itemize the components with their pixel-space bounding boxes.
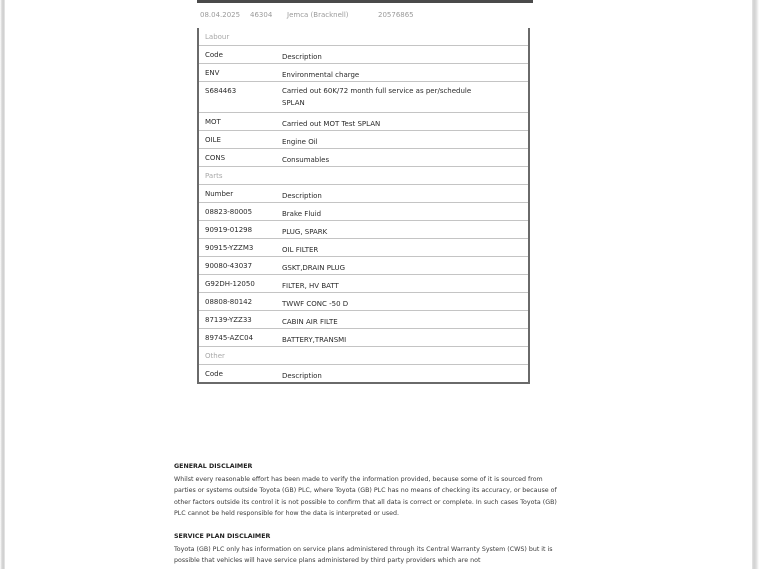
- table-row: 08808-80142 TWWF CONC -50 D: [199, 293, 528, 311]
- table-row: G92DH-12050 FILTER, HV BATT: [199, 275, 528, 293]
- service-plan-disclaimer-title: SERVICE PLAN DISCLAIMER: [174, 531, 559, 543]
- general-disclaimer-text: Whilst every reasonable effort has been …: [174, 474, 559, 520]
- page-frame-left: [0, 0, 5, 569]
- section-label: Labour: [205, 33, 229, 41]
- part-number: 89745-AZC04: [205, 334, 253, 342]
- service-plan-disclaimer-text: Toyota (GB) PLC only has information on …: [174, 544, 559, 567]
- column-header: Description: [282, 370, 322, 382]
- part-description: FILTER, HV BATT: [282, 280, 339, 292]
- service-plan-disclaimer: SERVICE PLAN DISCLAIMER Toyota (GB) PLC …: [174, 531, 559, 567]
- column-header: Description: [282, 190, 322, 202]
- service-dealer: Jemca (Bracknell): [287, 11, 349, 19]
- service-reference: 20576865: [378, 11, 414, 19]
- table-row: 08823-80005 Brake Fluid: [199, 203, 528, 221]
- service-details-table: Labour Code Description ENV Environmenta…: [197, 28, 530, 384]
- table-row: CONS Consumables: [199, 149, 528, 167]
- part-number: 08808-80142: [205, 298, 252, 306]
- parts-column-header: Number Description: [199, 185, 528, 203]
- part-description: OIL FILTER: [282, 244, 318, 256]
- labour-code: ENV: [205, 69, 219, 77]
- table-row: MOT Carried out MOT Test SPLAN: [199, 113, 528, 131]
- parts-section-header: Parts: [199, 167, 528, 185]
- previous-table-bottom-border: [197, 0, 533, 3]
- table-row: 90919-01298 PLUG, SPARK: [199, 221, 528, 239]
- table-row: OILE Engine Oil: [199, 131, 528, 149]
- part-number: 90919-01298: [205, 226, 252, 234]
- part-description: TWWF CONC -50 D: [282, 298, 348, 310]
- part-description: Brake Fluid: [282, 208, 321, 220]
- other-section-header: Other: [199, 347, 528, 365]
- column-header: Description: [282, 51, 322, 63]
- table-row: 90915-YZZM3 OIL FILTER: [199, 239, 528, 257]
- table-row: S684463 Carried out 60K/72 month full se…: [199, 82, 528, 113]
- part-number: G92DH-12050: [205, 280, 255, 288]
- service-date: 08.04.2025: [200, 11, 240, 19]
- labour-section-header: Labour: [199, 28, 528, 46]
- part-number: 90915-YZZM3: [205, 244, 253, 252]
- labour-description: Environmental charge: [282, 69, 359, 81]
- part-description: PLUG, SPARK: [282, 226, 327, 238]
- part-number: 08823-80005: [205, 208, 252, 216]
- column-header: Code: [205, 370, 223, 378]
- labour-column-header: Code Description: [199, 46, 528, 64]
- section-label: Other: [205, 352, 225, 360]
- general-disclaimer-title: GENERAL DISCLAIMER: [174, 461, 559, 473]
- labour-code: S684463: [205, 87, 236, 95]
- labour-description: Carried out 60K/72 month full service as…: [282, 85, 472, 109]
- column-header: Code: [205, 51, 223, 59]
- table-row: 87139-YZZ33 CABIN AIR FILTE: [199, 311, 528, 329]
- service-mileage: 46304: [250, 11, 272, 19]
- labour-code: OILE: [205, 136, 221, 144]
- labour-description: Engine Oil: [282, 136, 318, 148]
- labour-code: CONS: [205, 154, 225, 162]
- part-description: BATTERY,TRANSMI: [282, 334, 346, 346]
- part-number: 90080-43037: [205, 262, 252, 270]
- labour-description: Carried out MOT Test SPLAN: [282, 118, 380, 130]
- other-column-header: Code Description: [199, 365, 528, 382]
- part-number: 87139-YZZ33: [205, 316, 252, 324]
- part-description: GSKT,DRAIN PLUG: [282, 262, 345, 274]
- table-row: 90080-43037 GSKT,DRAIN PLUG: [199, 257, 528, 275]
- table-row: ENV Environmental charge: [199, 64, 528, 82]
- general-disclaimer: GENERAL DISCLAIMER Whilst every reasonab…: [174, 461, 559, 520]
- table-row: 89745-AZC04 BATTERY,TRANSMI: [199, 329, 528, 347]
- section-label: Parts: [205, 172, 222, 180]
- part-description: CABIN AIR FILTE: [282, 316, 338, 328]
- labour-code: MOT: [205, 118, 221, 126]
- page-frame-right: [752, 0, 759, 569]
- labour-description: Consumables: [282, 154, 329, 166]
- column-header: Number: [205, 190, 233, 198]
